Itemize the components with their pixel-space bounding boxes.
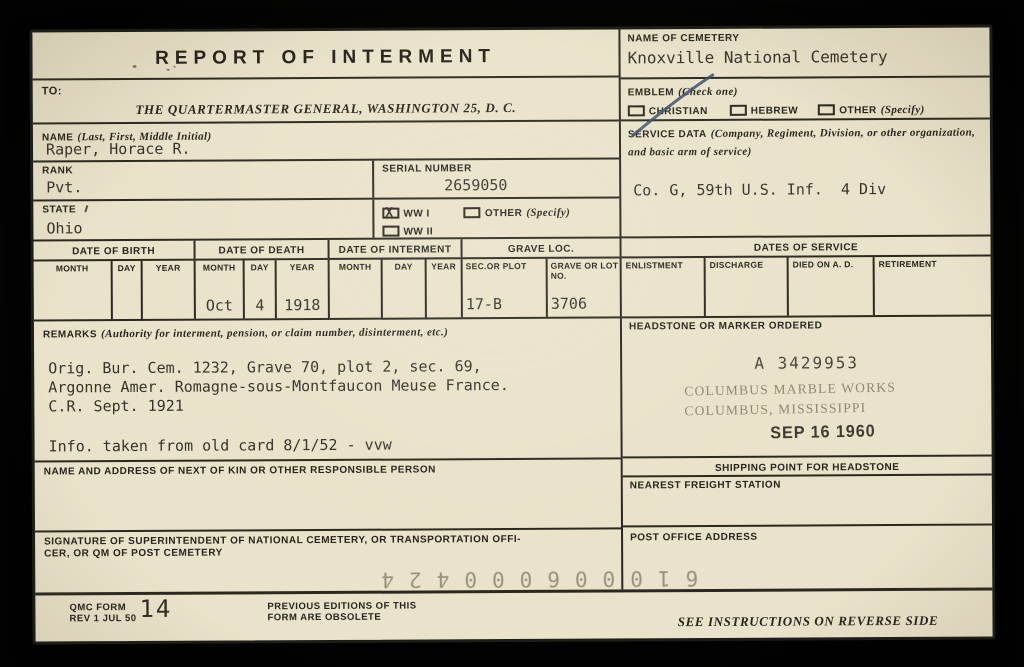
photo-background: REPORT OF INTERMENT TO: THE QUARTERMASTE… bbox=[0, 0, 1024, 667]
serial-cell: SERIAL NUMBER 2659050 bbox=[374, 159, 619, 197]
form-name: QMC FORM bbox=[69, 602, 136, 614]
stray-ink-mark bbox=[84, 205, 88, 212]
form-number: 14 bbox=[139, 595, 172, 623]
footer-row: QMC FORM REV 1 JUL 50 14 PREVIOUS EDITIO… bbox=[35, 587, 992, 641]
rank-cell: RANK Pvt. bbox=[33, 161, 374, 200]
emblem-label: EMBLEM bbox=[628, 87, 674, 98]
other-war-label: OTHER bbox=[485, 208, 523, 219]
birth-year-label: YEAR bbox=[143, 261, 194, 274]
rank-label: RANK bbox=[42, 165, 73, 177]
grave-sec-label: SEC.OR PLOT bbox=[463, 259, 546, 272]
service-data-row: SERVICE DATA (Company, Regiment, Divisio… bbox=[621, 119, 991, 238]
serial-value: 2659050 bbox=[444, 176, 507, 195]
dates-band: DATE OF BIRTH DATE OF DEATH DATE OF INTE… bbox=[34, 238, 620, 321]
service-data-value: Co. G, 59th U.S. Inf. 4 Div bbox=[633, 180, 886, 200]
remarks-label-detail: (Authority for interment, pension, or cl… bbox=[101, 326, 448, 340]
service-data-label: SERVICE DATA bbox=[628, 129, 707, 140]
dates-of-service-header: DATES OF SERVICE bbox=[754, 242, 858, 254]
interment-day-label: DAY bbox=[383, 259, 425, 272]
serial-label: SERIAL NUMBER bbox=[382, 163, 472, 175]
retirement-value bbox=[875, 311, 991, 312]
cemetery-row: NAME OF CEMETERY Knoxville National Ceme… bbox=[620, 27, 989, 79]
state-value: Ohio bbox=[46, 219, 82, 238]
birth-month-label: MONTH bbox=[34, 261, 111, 274]
cemetery-label: NAME OF CEMETERY bbox=[627, 33, 739, 46]
other-emblem-label: OTHER bbox=[839, 105, 877, 116]
date-received-stamp: SEP 16 1960 bbox=[770, 421, 876, 443]
card-left-column: REPORT OF INTERMENT TO: THE QUARTERMASTE… bbox=[32, 29, 623, 592]
cemetery-value: Knoxville National Cemetery bbox=[628, 47, 888, 68]
other-war-detail: (Specify) bbox=[526, 207, 570, 219]
discharge-label: DISCHARGE bbox=[706, 258, 787, 271]
signature-label-line2: CER, OR QM OF POST CEMETERY bbox=[44, 548, 223, 561]
vendor-city-stamp: COLUMBUS, MISSISSIPPI bbox=[684, 398, 866, 421]
remarks-label: REMARKS bbox=[43, 329, 97, 340]
next-of-kin-label: NAME AND ADDRESS OF NEXT OF KIN OR OTHER… bbox=[44, 464, 436, 478]
addressee-line: THE QUARTERMASTER GENERAL, WASHINGTON 25… bbox=[33, 99, 619, 118]
next-of-kin-row: NAME AND ADDRESS OF NEXT OF KIN OR OTHER… bbox=[35, 459, 621, 532]
ww2-checkbox bbox=[382, 226, 399, 237]
retirement-label: RETIREMENT bbox=[875, 256, 991, 269]
hebrew-checkbox bbox=[730, 105, 747, 116]
death-day-label: DAY bbox=[245, 260, 275, 273]
pencil-mark bbox=[174, 66, 176, 68]
remarks-row: REMARKS (Authority for interment, pensio… bbox=[34, 318, 621, 462]
remarks-line-2: Argonne Amer. Romagne-sous-Montfaucon Me… bbox=[48, 376, 509, 397]
emblem-row: EMBLEM (Check one) CHRISTIAN HEBREW OTHE… bbox=[621, 77, 990, 121]
pencil-mark bbox=[133, 65, 137, 68]
christian-label: CHRISTIAN bbox=[649, 106, 708, 117]
death-month-label: MONTH bbox=[196, 260, 243, 273]
grave-lot-label: GRAVE OR LOT NO. bbox=[548, 258, 620, 281]
ww1-label: WW I bbox=[403, 208, 429, 219]
name-value: Raper, Horace R. bbox=[46, 140, 191, 160]
interment-card: REPORT OF INTERMENT TO: THE QUARTERMASTE… bbox=[29, 24, 995, 644]
post-office-label: POST OFFICE ADDRESS bbox=[630, 532, 758, 545]
interment-year-label: YEAR bbox=[427, 259, 461, 272]
state-label: STATE bbox=[42, 204, 76, 216]
date-of-birth-header: DATE OF BIRTH bbox=[72, 246, 155, 257]
enlistment-label: ENLISTMENT bbox=[622, 258, 704, 271]
ww2-label: WW II bbox=[403, 226, 433, 237]
reverse-side-note: SEE INSTRUCTIONS ON REVERSE SIDE bbox=[623, 612, 992, 630]
shipping-point-header-row: SHIPPING POINT FOR HEADSTONE bbox=[623, 456, 992, 477]
freight-station-label: NEAREST FREIGHT STATION bbox=[630, 480, 781, 493]
rank-value: Pvt. bbox=[46, 178, 82, 197]
card-right-column: NAME OF CEMETERY Knoxville National Ceme… bbox=[620, 27, 992, 589]
form-title: REPORT OF INTERMENT bbox=[155, 46, 496, 69]
remarks-line-1: Orig. Bur. Cem. 1232, Grave 70, plot 2, … bbox=[48, 357, 482, 378]
hebrew-label: HEBREW bbox=[751, 106, 799, 117]
signature-row: SIGNATURE OF SUPERINTENDENT OF NATIONAL … bbox=[35, 529, 621, 592]
death-day-value: 4 bbox=[245, 296, 275, 315]
grave-lot-value: 3706 bbox=[548, 295, 623, 314]
emblem-label-detail: (Check one) bbox=[678, 86, 738, 98]
grave-loc-header: GRAVE LOC. bbox=[508, 244, 575, 255]
ww1-check-mark: X bbox=[385, 206, 393, 221]
rank-serial-row: RANK Pvt. SERIAL NUMBER 2659050 bbox=[33, 159, 619, 201]
other-emblem-detail: (Specify) bbox=[881, 104, 925, 116]
headstone-label: HEADSTONE OR MARKER ORDERED bbox=[629, 320, 822, 333]
birth-day-label: DAY bbox=[113, 261, 141, 274]
name-row: NAME (Last, First, Middle Initial) Raper… bbox=[33, 121, 619, 162]
date-of-death-header: DATE OF DEATH bbox=[218, 245, 304, 256]
death-month-value: Oct bbox=[196, 297, 243, 316]
state-cell: STATE Ohio bbox=[33, 200, 374, 240]
other-war-checkbox bbox=[464, 207, 481, 218]
pencil-mark bbox=[167, 69, 170, 71]
obsolete-note-line2: FORM ARE OBSOLETE bbox=[267, 612, 416, 624]
other-emblem-checkbox bbox=[818, 104, 835, 115]
headstone-row: HEADSTONE OR MARKER ORDERED A 3429953 CO… bbox=[622, 316, 992, 458]
death-year-label: YEAR bbox=[277, 260, 328, 273]
date-of-interment-header: DATE OF INTERMENT bbox=[339, 244, 452, 256]
interment-month-label: MONTH bbox=[330, 260, 381, 273]
christian-checkbox bbox=[628, 105, 645, 116]
to-label: TO: bbox=[42, 85, 62, 98]
headstone-order-number: A 3429953 bbox=[622, 352, 991, 373]
shipping-point-header: SHIPPING POINT FOR HEADSTONE bbox=[715, 462, 899, 474]
freight-station-row: NEAREST FREIGHT STATION bbox=[623, 475, 992, 527]
obsolete-note-line1: PREVIOUS EDITIONS OF THIS bbox=[267, 601, 416, 613]
state-war-row: STATE Ohio X WW I OTHER (Specify) bbox=[33, 198, 619, 241]
to-row: TO: THE QUARTERMASTER GENERAL, WASHINGTO… bbox=[33, 77, 619, 124]
war-cell: X WW I OTHER (Specify) WW II bbox=[374, 198, 619, 237]
dates-of-service-band: DATES OF SERVICE ENLISTMENT DISCHARGE DI… bbox=[621, 236, 990, 318]
post-office-row: POST OFFICE ADDRESS bbox=[623, 525, 992, 589]
died-on-ad-label: DIED ON A. D. bbox=[789, 257, 873, 270]
signature-label-line1: SIGNATURE OF SUPERINTENDENT OF NATIONAL … bbox=[44, 534, 521, 548]
remarks-note: Info. taken from old card 8/1/52 - vvw bbox=[49, 436, 392, 457]
ww1-checkbox: X bbox=[382, 208, 399, 219]
grave-sec-value: 17-B bbox=[463, 295, 549, 314]
form-revision: REV 1 JUL 50 bbox=[69, 613, 136, 625]
title-row: REPORT OF INTERMENT bbox=[32, 29, 618, 80]
death-year-value: 1918 bbox=[277, 296, 328, 315]
remarks-line-3: C.R. Sept. 1921 bbox=[48, 397, 184, 416]
